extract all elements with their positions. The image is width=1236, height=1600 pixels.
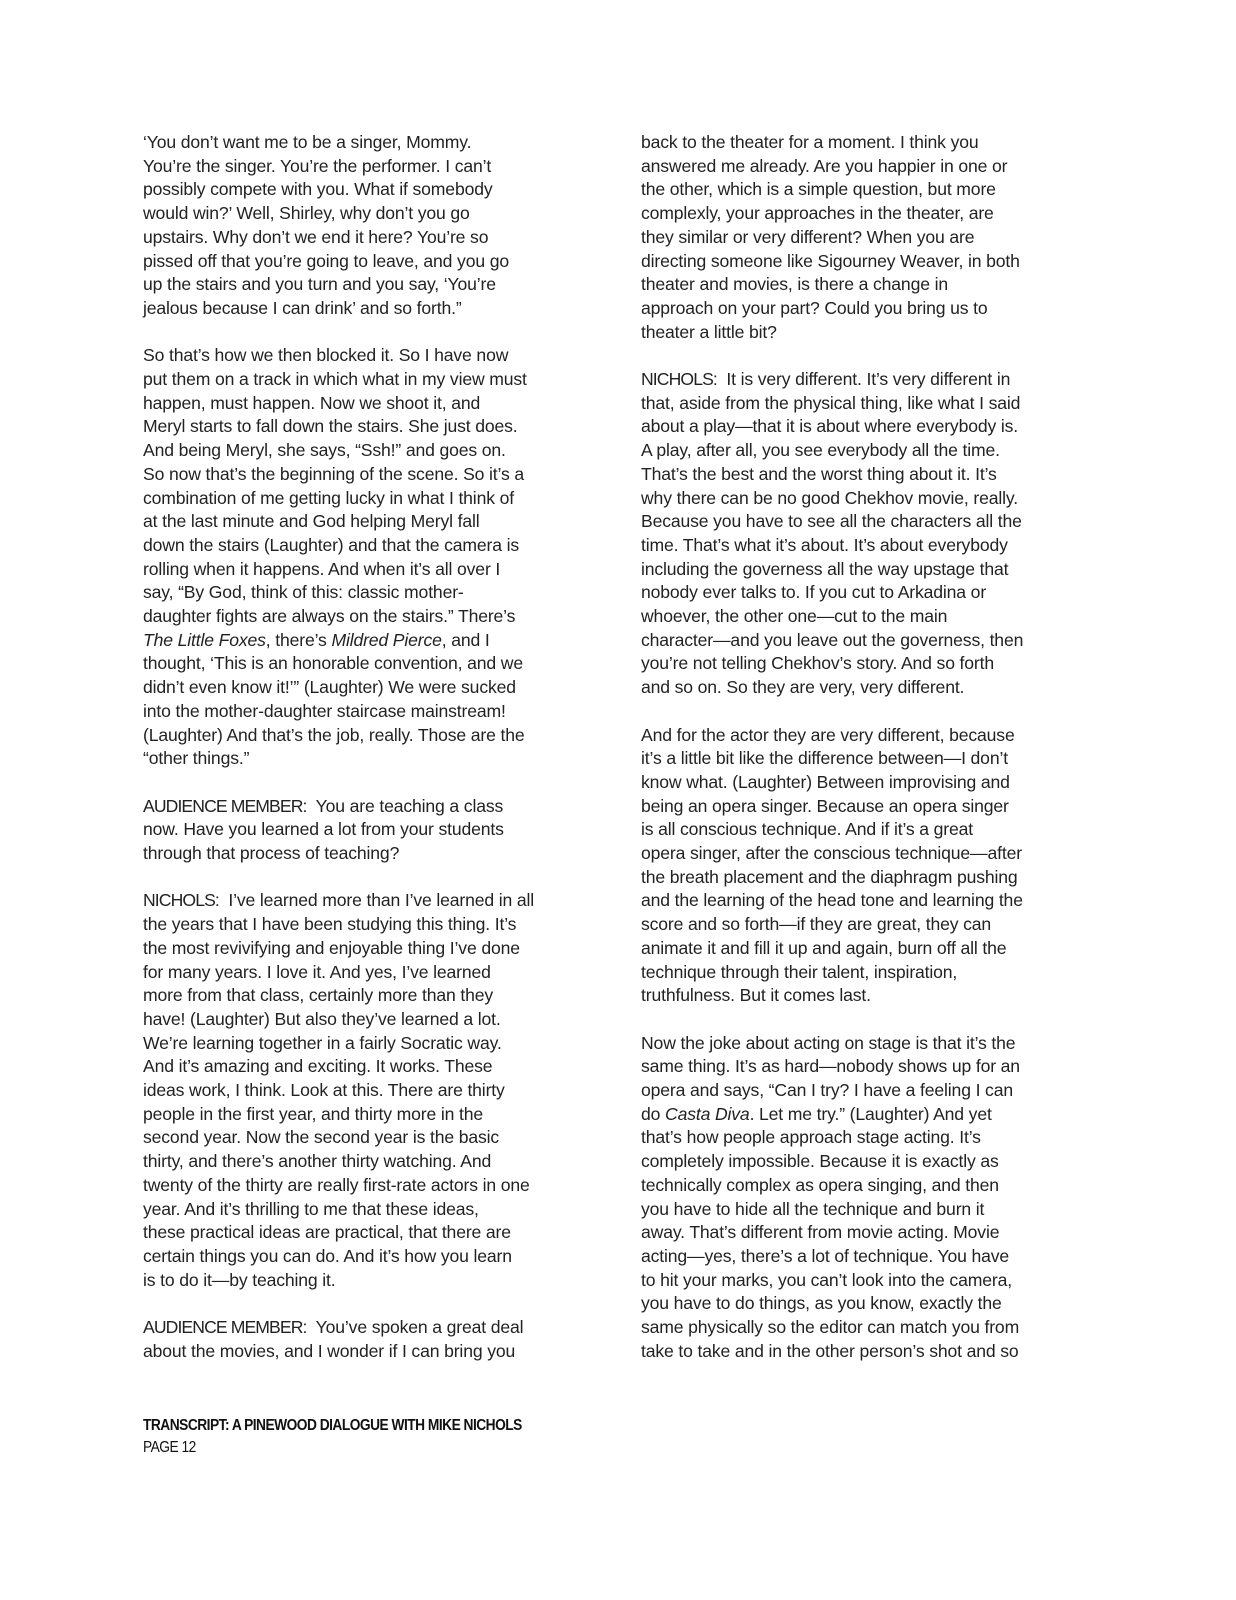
text-line: pissed off that you’re going to leave, a…: [143, 250, 573, 274]
text-line: score and so forth—if they are great, th…: [641, 913, 1073, 937]
text-line: rolling when it happens. And when it’s a…: [143, 558, 573, 582]
text-line: and the learning of the head tone and le…: [641, 889, 1073, 913]
left-column: ‘You don’t want me to be a singer, Mommy…: [143, 131, 573, 1387]
text-line: you have to hide all the technique and b…: [641, 1198, 1073, 1222]
text-line: whoever, the other one—cut to the main: [641, 605, 1073, 629]
text-fragment: . Let me try.” (Laughter) And yet: [750, 1104, 992, 1124]
text-line: ‘You don’t want me to be a singer, Mommy…: [143, 131, 573, 155]
text-line: That’s the best and the worst thing abou…: [641, 463, 1073, 487]
text-fragment: You are teaching a class: [307, 796, 504, 816]
text-line: ideas work, I think. Look at this. There…: [143, 1079, 573, 1103]
text-line: opera and says, “Can I try? I have a fee…: [641, 1079, 1073, 1103]
text-fragment: You’ve spoken a great deal: [307, 1317, 524, 1337]
text-line: NICHOLS: I’ve learned more than I’ve lea…: [143, 889, 573, 913]
text-line: answered me already. Are you happier in …: [641, 155, 1073, 179]
text-line: people in the first year, and thirty mor…: [143, 1103, 573, 1127]
text-line: why there can be no good Chekhov movie, …: [641, 487, 1073, 511]
text-line: being an opera singer. Because an opera …: [641, 795, 1073, 819]
text-line: Meryl starts to fall down the stairs. Sh…: [143, 415, 573, 439]
text-line: complexly, your approaches in the theate…: [641, 202, 1073, 226]
right-column: back to the theater for a moment. I thin…: [641, 131, 1073, 1387]
aria-title: Casta Diva: [665, 1104, 750, 1124]
text-line: say, “By God, think of this: classic mot…: [143, 581, 573, 605]
text-line: combination of me getting lucky in what …: [143, 487, 573, 511]
text-fragment: , and I: [442, 630, 490, 650]
text-line: at the last minute and God helping Meryl…: [143, 510, 573, 534]
text-line: (Laughter) And that’s the job, really. T…: [143, 724, 573, 748]
text-fragment: It is very different. It’s very differen…: [717, 369, 1010, 389]
text-line: the years that I have been studying this…: [143, 913, 573, 937]
text-line: back to the theater for a moment. I thin…: [641, 131, 1073, 155]
text-line: So that’s how we then blocked it. So I h…: [143, 344, 573, 368]
document-page: ‘You don’t want me to be a singer, Mommy…: [0, 0, 1236, 1600]
text-line: take to take and in the other person’s s…: [641, 1340, 1073, 1364]
paragraph-actor-opera: And for the actor they are very differen…: [641, 724, 1073, 1008]
text-line: jealous because I can drink’ and so fort…: [143, 297, 573, 321]
text-line: thought, ‘This is an honorable conventio…: [143, 652, 573, 676]
text-line: possibly compete with you. What if someb…: [143, 178, 573, 202]
text-line: have! (Laughter) But also they’ve learne…: [143, 1008, 573, 1032]
text-line: into the mother-daughter staircase mains…: [143, 700, 573, 724]
text-line: theater and movies, is there a change in: [641, 273, 1073, 297]
text-line: upstairs. Why don’t we end it here? You’…: [143, 226, 573, 250]
text-line: know what. (Laughter) Between improvisin…: [641, 771, 1073, 795]
text-line: about a play—that it is about where ever…: [641, 415, 1073, 439]
text-line: they similar or very different? When you…: [641, 226, 1073, 250]
text-line: the most revivifying and enjoyable thing…: [143, 937, 573, 961]
text-line: you’re not telling Chekhov’s story. And …: [641, 652, 1073, 676]
speaker-label: NICHOLS:: [641, 368, 717, 392]
text-line: would win?’ Well, Shirley, why don’t you…: [143, 202, 573, 226]
text-line: put them on a track in which what in my …: [143, 368, 573, 392]
text-line: it’s a little bit like the difference be…: [641, 747, 1073, 771]
speaker-label: NICHOLS:: [143, 889, 219, 913]
paragraph-nichols-answer-theater: NICHOLS: It is very different. It’s very…: [641, 368, 1073, 700]
speaker-label: AUDIENCE MEMBER:: [143, 1316, 307, 1340]
text-line: same physically so the editor can match …: [641, 1316, 1073, 1340]
text-line: that, aside from the physical thing, lik…: [641, 392, 1073, 416]
paragraph-nichols-answer-teaching: NICHOLS: I’ve learned more than I’ve lea…: [143, 889, 573, 1292]
text-line: So now that’s the beginning of the scene…: [143, 463, 573, 487]
text-line: about the movies, and I wonder if I can …: [143, 1340, 573, 1364]
text-line: daughter fights are always on the stairs…: [143, 605, 573, 629]
text-line: including the governess all the way upst…: [641, 558, 1073, 582]
text-line: for many years. I love it. And yes, I’ve…: [143, 961, 573, 985]
text-line-with-aria-title: do Casta Diva. Let me try.” (Laughter) A…: [641, 1103, 1073, 1127]
text-line: “other things.”: [143, 747, 573, 771]
film-title: Mildred Pierce: [331, 630, 441, 650]
text-line: now. Have you learned a lot from your st…: [143, 818, 573, 842]
text-line: directing someone like Sigourney Weaver,…: [641, 250, 1073, 274]
text-line: is all conscious technique. And if it’s …: [641, 818, 1073, 842]
text-fragment: , there’s: [266, 630, 332, 650]
text-line: up the stairs and you turn and you say, …: [143, 273, 573, 297]
text-line: more from that class, certainly more tha…: [143, 984, 573, 1008]
paragraph-audience-question-teaching: AUDIENCE MEMBER: You are teaching a clas…: [143, 795, 573, 866]
text-line: is to do it—by teaching it.: [143, 1269, 573, 1293]
text-line: you have to do things, as you know, exac…: [641, 1292, 1073, 1316]
speaker-label: AUDIENCE MEMBER:: [143, 795, 307, 819]
paragraph-blocking: So that’s how we then blocked it. So I h…: [143, 344, 573, 771]
text-line: AUDIENCE MEMBER: You’ve spoken a great d…: [143, 1316, 573, 1340]
text-line: didn’t even know it!’” (Laughter) We wer…: [143, 676, 573, 700]
page-footer: TRANSCRIPT: A PINEWOOD DIALOGUE WITH MIK…: [143, 1415, 584, 1459]
text-line: nobody ever talks to. If you cut to Arka…: [641, 581, 1073, 605]
page-number: PAGE 12: [143, 1437, 522, 1459]
text-line: the breath placement and the diaphragm p…: [641, 866, 1073, 890]
paragraph-audience-question-theater: AUDIENCE MEMBER: You’ve spoken a great d…: [143, 1316, 573, 1363]
text-line: acting—yes, there’s a lot of technique. …: [641, 1245, 1073, 1269]
text-line: same thing. It’s as hard—nobody shows up…: [641, 1055, 1073, 1079]
text-line: theater a little bit?: [641, 321, 1073, 345]
text-line: And it’s amazing and exciting. It works.…: [143, 1055, 573, 1079]
text-line: animate it and fill it up and again, bur…: [641, 937, 1073, 961]
text-line: second year. Now the second year is the …: [143, 1126, 573, 1150]
text-line: And being Meryl, she says, “Ssh!” and go…: [143, 439, 573, 463]
paragraph-shirley-quote: ‘You don’t want me to be a singer, Mommy…: [143, 131, 573, 321]
paragraph-question-continued: back to the theater for a moment. I thin…: [641, 131, 1073, 344]
text-line: time. That’s what it’s about. It’s about…: [641, 534, 1073, 558]
text-line: the other, which is a simple question, b…: [641, 178, 1073, 202]
text-line: and so on. So they are very, very differ…: [641, 676, 1073, 700]
text-line: to hit your marks, you can’t look into t…: [641, 1269, 1073, 1293]
film-title: The Little Foxes: [143, 630, 266, 650]
text-fragment: I’ve learned more than I’ve learned in a…: [219, 890, 534, 910]
text-line: We’re learning together in a fairly Socr…: [143, 1032, 573, 1056]
text-line: away. That’s different from movie acting…: [641, 1221, 1073, 1245]
text-line: completely impossible. Because it is exa…: [641, 1150, 1073, 1174]
text-line: certain things you can do. And it’s how …: [143, 1245, 573, 1269]
text-line: technique through their talent, inspirat…: [641, 961, 1073, 985]
text-fragment: do: [641, 1104, 665, 1124]
text-line: AUDIENCE MEMBER: You are teaching a clas…: [143, 795, 573, 819]
text-line: character—and you leave out the governes…: [641, 629, 1073, 653]
text-line: Because you have to see all the characte…: [641, 510, 1073, 534]
text-line: And for the actor they are very differen…: [641, 724, 1073, 748]
document-title: TRANSCRIPT: A PINEWOOD DIALOGUE WITH MIK…: [143, 1415, 522, 1437]
text-line: down the stairs (Laughter) and that the …: [143, 534, 573, 558]
text-line: opera singer, after the conscious techni…: [641, 842, 1073, 866]
text-line: happen, must happen. Now we shoot it, an…: [143, 392, 573, 416]
text-line: that’s how people approach stage acting.…: [641, 1126, 1073, 1150]
text-line: technically complex as opera singing, an…: [641, 1174, 1073, 1198]
text-line: NICHOLS: It is very different. It’s very…: [641, 368, 1073, 392]
paragraph-stage-acting: Now the joke about acting on stage is th…: [641, 1032, 1073, 1364]
text-line: year. And it’s thrilling to me that thes…: [143, 1198, 573, 1222]
text-line-with-film-titles: The Little Foxes, there’s Mildred Pierce…: [143, 629, 573, 653]
text-line: thirty, and there’s another thirty watch…: [143, 1150, 573, 1174]
text-line: twenty of the thirty are really first-ra…: [143, 1174, 573, 1198]
text-line: You’re the singer. You’re the performer.…: [143, 155, 573, 179]
text-line: through that process of teaching?: [143, 842, 573, 866]
text-line: A play, after all, you see everybody all…: [641, 439, 1073, 463]
text-line: approach on your part? Could you bring u…: [641, 297, 1073, 321]
text-line: these practical ideas are practical, tha…: [143, 1221, 573, 1245]
text-line: truthfulness. But it comes last.: [641, 984, 1073, 1008]
text-line: Now the joke about acting on stage is th…: [641, 1032, 1073, 1056]
